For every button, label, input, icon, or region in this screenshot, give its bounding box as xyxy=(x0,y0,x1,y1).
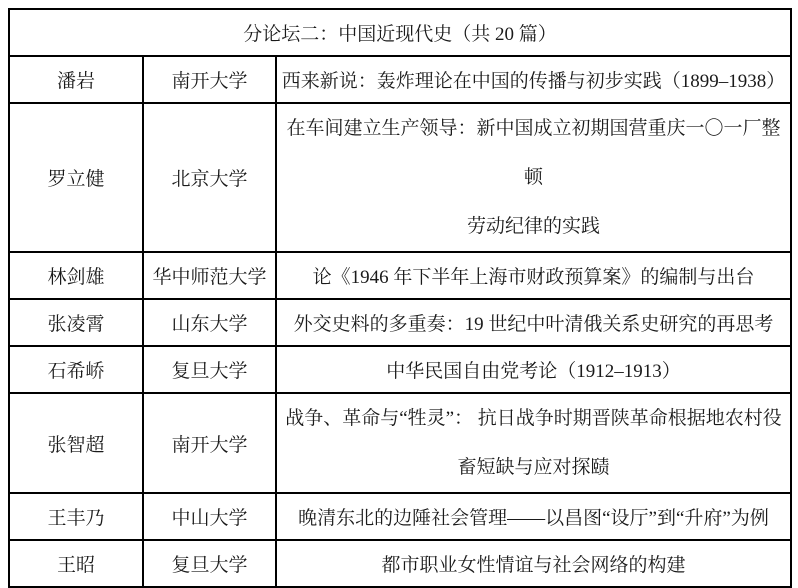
author-name: 王昭 xyxy=(9,540,143,587)
table-row: 潘岩 南开大学 西来新说：轰炸理论在中国的传播与初步实践（1899–1938） xyxy=(9,56,791,103)
author-university: 南开大学 xyxy=(143,393,276,493)
table-title: 分论坛二：中国近现代史（共 20 篇） xyxy=(9,9,791,56)
author-university: 复旦大学 xyxy=(143,346,276,393)
table-row: 王昭 复旦大学 都市职业女性情谊与社会网络的构建 xyxy=(9,540,791,587)
table-row: 石希峤 复旦大学 中华民国自由党考论（1912–1913） xyxy=(9,346,791,393)
table-row: 张智超 南开大学 战争、革命与“牲灵”： 抗日战争时期晋陕革命根据地农村役 畜短… xyxy=(9,393,791,493)
author-name: 林剑雄 xyxy=(9,252,143,299)
paper-title: 都市职业女性情谊与社会网络的构建 xyxy=(276,540,791,587)
paper-title: 中华民国自由党考论（1912–1913） xyxy=(276,346,791,393)
paper-title: 西来新说：轰炸理论在中国的传播与初步实践（1899–1938） xyxy=(276,56,791,103)
author-university: 华中师范大学 xyxy=(143,252,276,299)
table-row: 王丰乃 中山大学 晚清东北的边陲社会管理——以昌图“设厅”到“升府”为例 xyxy=(9,493,791,540)
paper-title: 在车间建立生产领导：新中国成立初期国营重庆一〇一厂整顿 劳动纪律的实践 xyxy=(276,103,791,252)
paper-title: 外交史料的多重奏：19 世纪中叶清俄关系史研究的再思考 xyxy=(276,299,791,346)
author-university: 中山大学 xyxy=(143,493,276,540)
paper-title: 晚清东北的边陲社会管理——以昌图“设厅”到“升府”为例 xyxy=(276,493,791,540)
author-university: 复旦大学 xyxy=(143,540,276,587)
paper-title: 战争、革命与“牲灵”： 抗日战争时期晋陕革命根据地农村役 畜短缺与应对探赜 xyxy=(276,393,791,493)
table-row: 张凌霄 山东大学 外交史料的多重奏：19 世纪中叶清俄关系史研究的再思考 xyxy=(9,299,791,346)
table-header-row: 分论坛二：中国近现代史（共 20 篇） xyxy=(9,9,791,56)
author-name: 张智超 xyxy=(9,393,143,493)
table-row: 罗立健 北京大学 在车间建立生产领导：新中国成立初期国营重庆一〇一厂整顿 劳动纪… xyxy=(9,103,791,252)
author-university: 山东大学 xyxy=(143,299,276,346)
author-name: 罗立健 xyxy=(9,103,143,252)
author-name: 张凌霄 xyxy=(9,299,143,346)
author-university: 北京大学 xyxy=(143,103,276,252)
author-university: 南开大学 xyxy=(143,56,276,103)
table-row: 林剑雄 华中师范大学 论《1946 年下半年上海市财政预算案》的编制与出台 xyxy=(9,252,791,299)
author-name: 石希峤 xyxy=(9,346,143,393)
author-name: 潘岩 xyxy=(9,56,143,103)
author-name: 王丰乃 xyxy=(9,493,143,540)
paper-title: 论《1946 年下半年上海市财政预算案》的编制与出台 xyxy=(276,252,791,299)
program-table: 分论坛二：中国近现代史（共 20 篇） 潘岩 南开大学 西来新说：轰炸理论在中国… xyxy=(8,8,792,588)
document-page: 分论坛二：中国近现代史（共 20 篇） 潘岩 南开大学 西来新说：轰炸理论在中国… xyxy=(0,0,798,538)
